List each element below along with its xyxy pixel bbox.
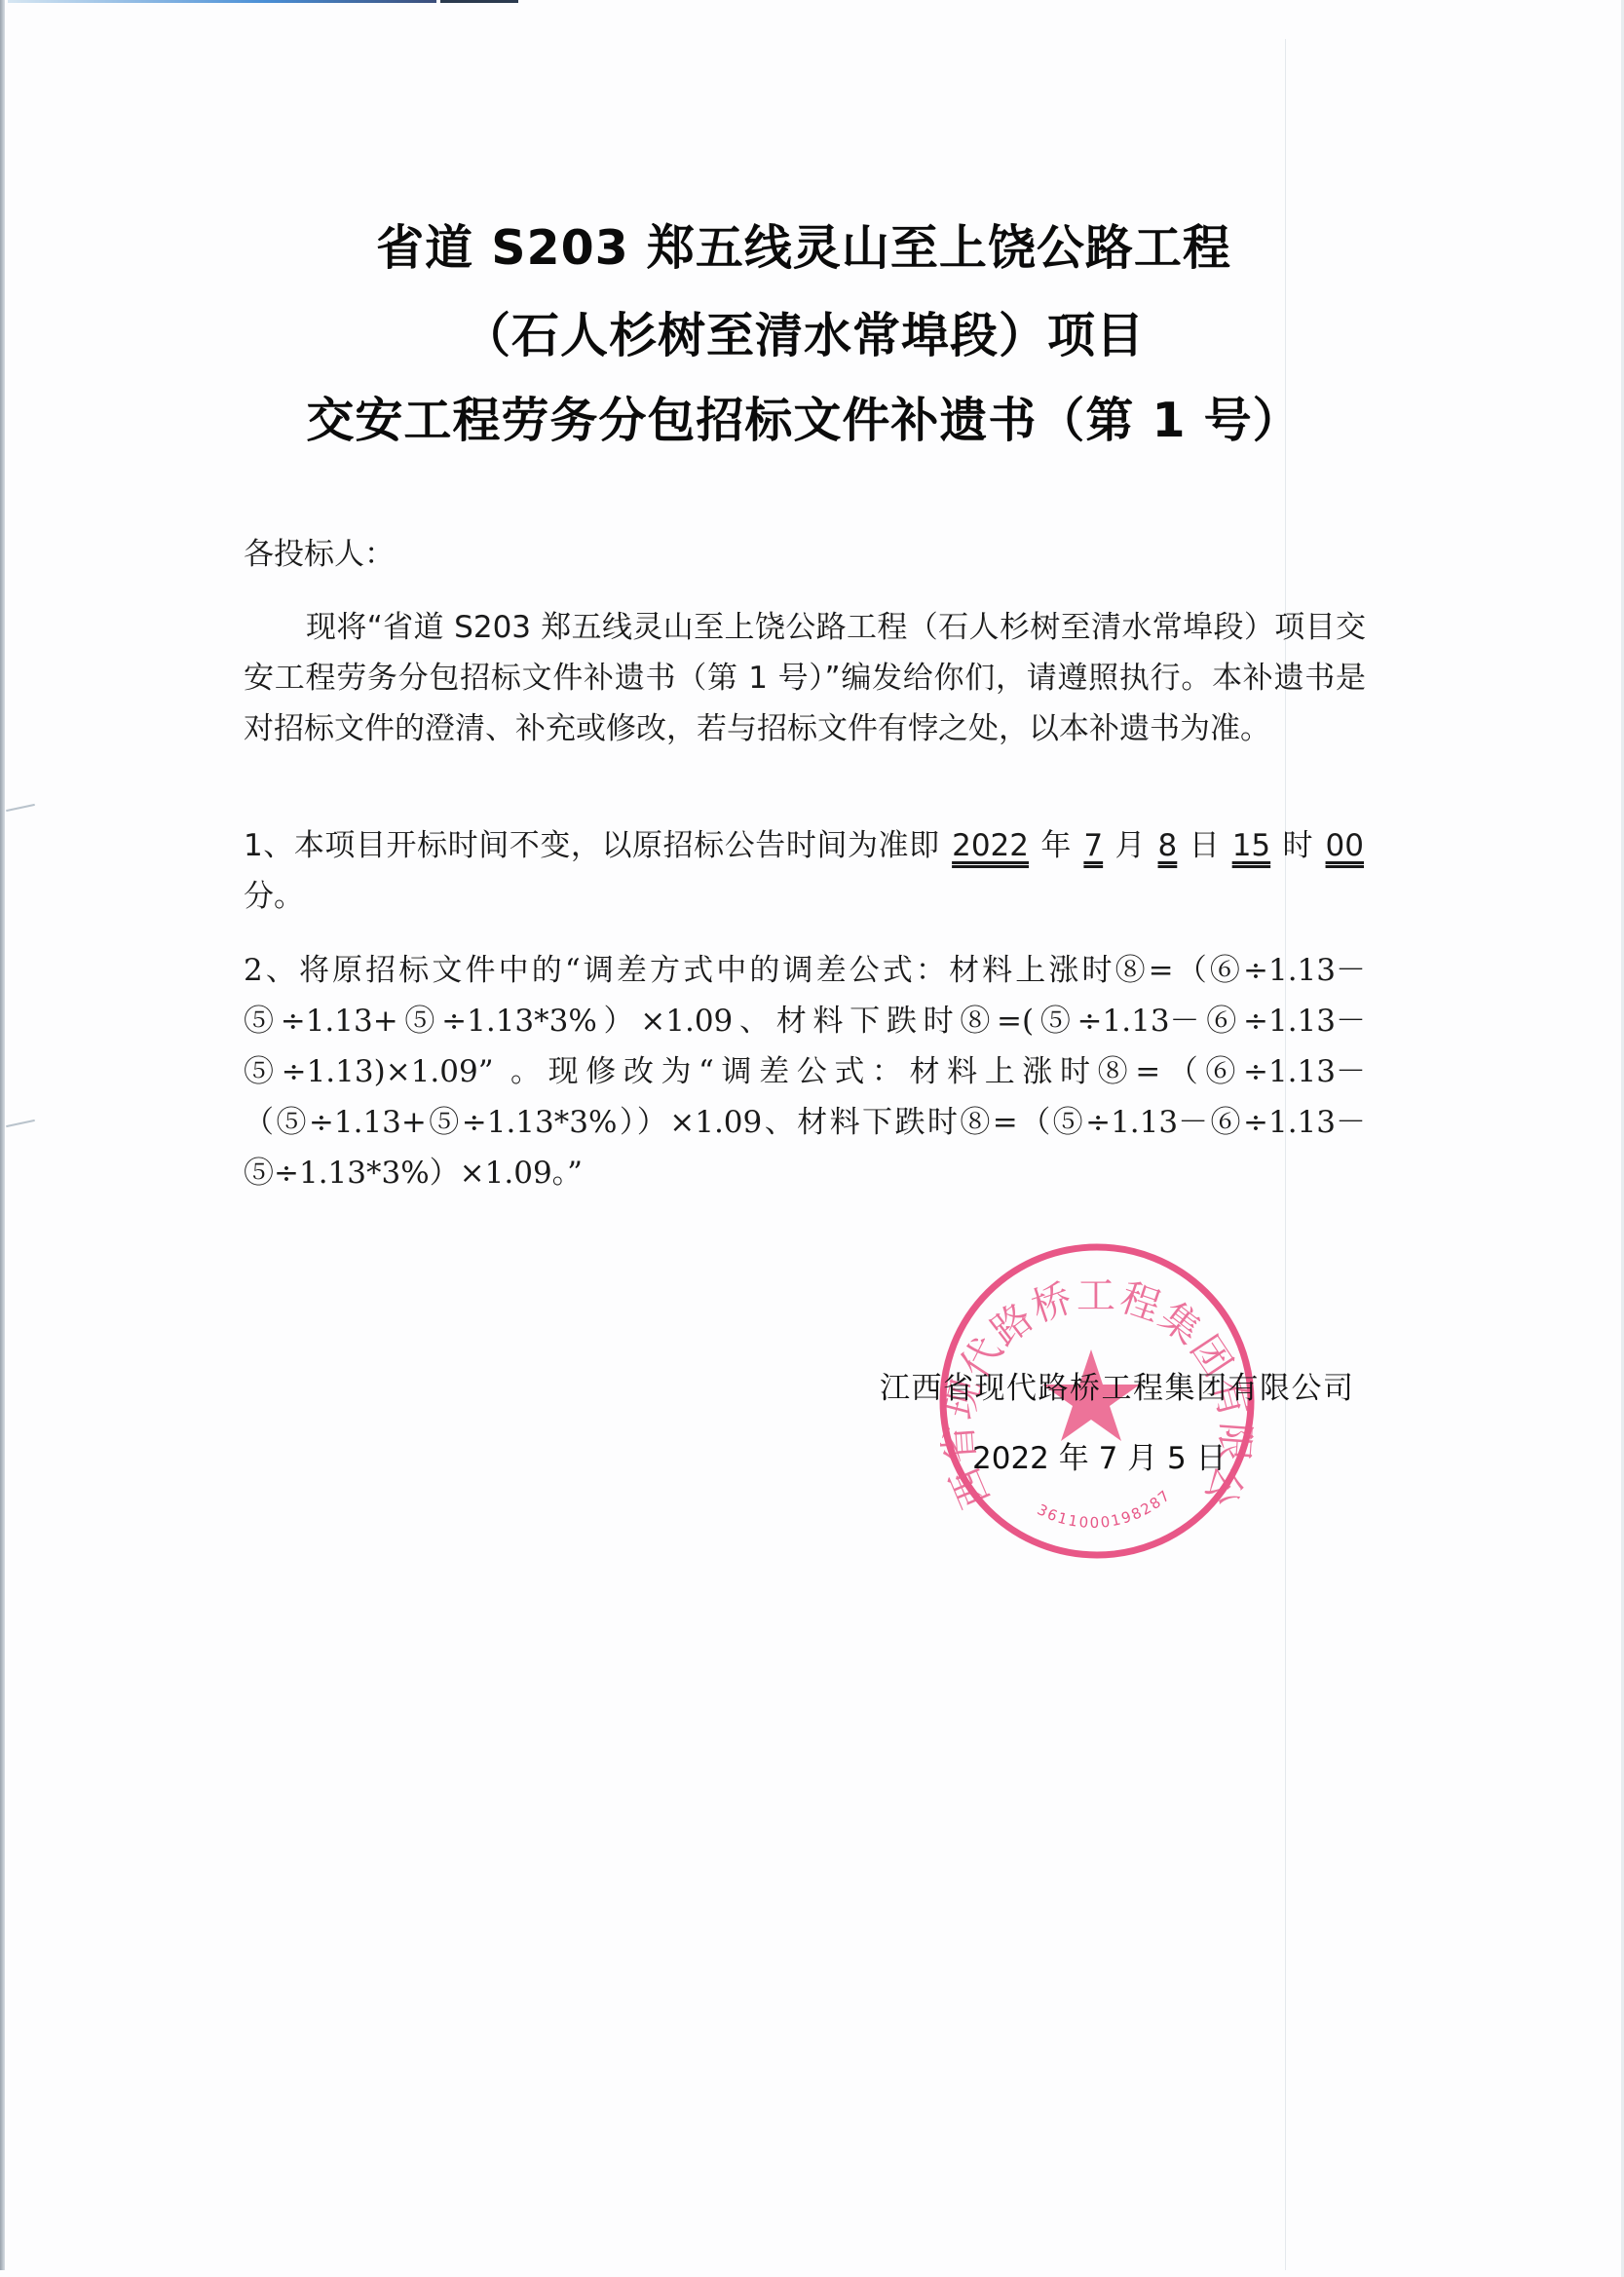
scan-edge-top [8, 0, 436, 3]
open-minute: 00 [1324, 828, 1366, 863]
signature-date: 2022 年 7 月 5 日 [972, 1439, 1227, 1478]
scan-edge-top-dark [440, 0, 518, 3]
title-line-2: （石人杉树至清水常埠段）项目 [0, 307, 1607, 365]
open-day: 8 [1156, 828, 1180, 863]
item-2: 2、将原招标文件中的“调差方式中的调差公式：材料上涨时⑧=（⑥÷1.13－⑤÷1… [244, 945, 1366, 1198]
item-1-prefix: 1、本项目开标时间不变，以原招标公告时间为准即 [244, 828, 950, 863]
document-page: 省道 S203 郑五线灵山至上饶公路工程 （石人杉树至清水常埠段）项目 交安工程… [0, 0, 1624, 2277]
signature-company: 江西省现代路桥工程集团有限公司 [880, 1369, 1355, 1408]
seal-serial: 3611000198287 [1035, 1486, 1175, 1532]
intro-paragraph: 现将“省道 S203 郑五线灵山至上饶公路工程（石人杉树至清水常埠段）项目交安工… [244, 602, 1366, 754]
scan-mark [6, 804, 35, 812]
open-month: 7 [1081, 828, 1105, 863]
item-1: 1、本项目开标时间不变，以原招标公告时间为准即 2022 年 7 月 8 日 1… [244, 820, 1366, 922]
title-line-3: 交安工程劳务分包招标文件补遗书（第 1 号） [0, 392, 1607, 450]
hour-unit: 时 [1272, 828, 1323, 863]
day-unit: 日 [1179, 828, 1229, 863]
item-1-suffix: 分。 [244, 879, 304, 914]
open-year: 2022 [950, 828, 1031, 863]
month-unit: 月 [1105, 828, 1155, 863]
salutation: 各投标人： [244, 529, 1366, 580]
title-line-1: 省道 S203 郑五线灵山至上饶公路工程 [0, 219, 1607, 278]
year-unit: 年 [1031, 828, 1081, 863]
open-hour: 15 [1230, 828, 1272, 863]
scan-mark [6, 1120, 35, 1127]
